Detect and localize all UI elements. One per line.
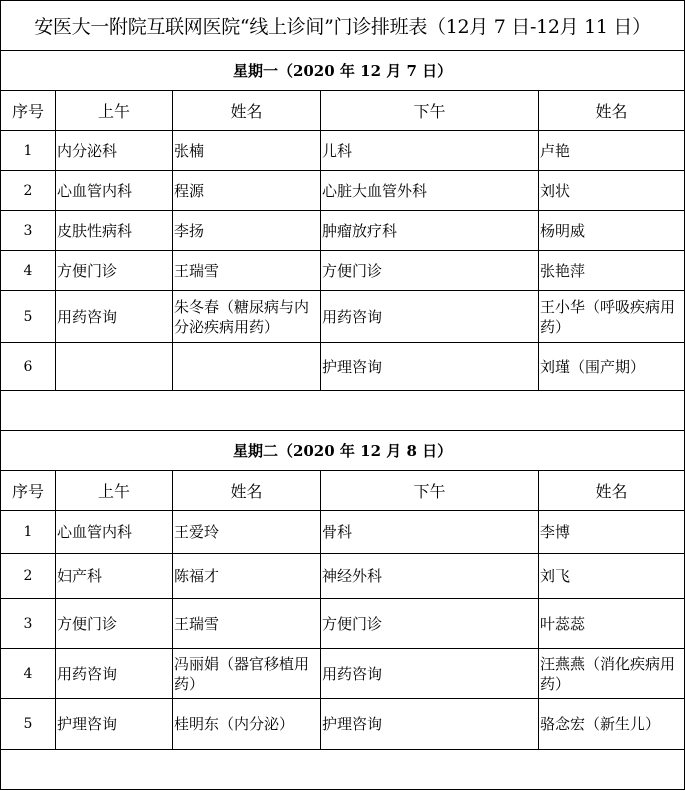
pm-doctor-cell: 骆念宏（新生儿）: [539, 699, 685, 750]
spacer-row: [1, 391, 685, 431]
col-seq-header: 序号: [1, 91, 56, 131]
table-row: 2 妇产科 陈福才 神经外科 刘飞: [1, 554, 685, 599]
am-dept-cell: 用药咨询: [56, 649, 173, 699]
pm-doctor-cell: 张艳萍: [539, 251, 685, 291]
am-dept-cell: [56, 343, 173, 391]
pm-dept-cell: 儿科: [321, 131, 539, 171]
am-doctor-cell: 陈福才: [173, 554, 321, 599]
pm-doctor-cell: 叶蕊蕊: [539, 599, 685, 649]
am-dept-cell: 皮肤性病科: [56, 211, 173, 251]
pm-dept-cell: 神经外科: [321, 554, 539, 599]
am-dept-cell: 方便门诊: [56, 599, 173, 649]
am-doctor-cell: 朱冬春（糖尿病与内分泌疾病用药）: [173, 291, 321, 343]
am-dept-cell: 妇产科: [56, 554, 173, 599]
seq-cell: 6: [1, 343, 56, 391]
seq-cell: 5: [1, 291, 56, 343]
table-row: 4 用药咨询 冯丽娟（器官移植用药） 用药咨询 汪燕燕（消化疾病用药）: [1, 649, 685, 699]
schedule-table: 安医大一附院互联网医院“线上诊间”门诊排班表（12月 7 日-12月 11 日）…: [0, 0, 685, 790]
col-seq-header: 序号: [1, 471, 56, 511]
col-pm-name-header: 姓名: [539, 471, 685, 511]
col-pm-name-header: 姓名: [539, 91, 685, 131]
seq-cell: 3: [1, 211, 56, 251]
table-row: 1 内分泌科 张楠 儿科 卢艳: [1, 131, 685, 171]
column-header-row: 序号 上午 姓名 下午 姓名: [1, 471, 685, 511]
table-row: 6 护理咨询 刘瑾（围产期）: [1, 343, 685, 391]
col-am-header: 上午: [56, 471, 173, 511]
col-pm-header: 下午: [321, 91, 539, 131]
table-row: 3 皮肤性病科 李扬 肿瘤放疗科 杨明威: [1, 211, 685, 251]
pm-dept-cell: 骨科: [321, 511, 539, 554]
page-title: 安医大一附院互联网医院“线上诊间”门诊排班表（12月 7 日-12月 11 日）: [1, 1, 685, 51]
empty-cell: [1, 750, 685, 790]
am-doctor-cell: 张楠: [173, 131, 321, 171]
col-am-header: 上午: [56, 91, 173, 131]
table-row: 3 方便门诊 王瑞雪 方便门诊 叶蕊蕊: [1, 599, 685, 649]
am-doctor-cell: 冯丽娟（器官移植用药）: [173, 649, 321, 699]
am-dept-cell: 用药咨询: [56, 291, 173, 343]
am-doctor-cell: 桂明东（内分泌）: [173, 699, 321, 750]
empty-cell: [1, 391, 685, 431]
am-dept-cell: 心血管内科: [56, 511, 173, 554]
pm-doctor-cell: 王小华（呼吸疾病用药）: [539, 291, 685, 343]
day-heading-monday: 星期一（2020 年 12 月 7 日）: [1, 51, 685, 91]
seq-cell: 2: [1, 171, 56, 211]
seq-cell: 1: [1, 131, 56, 171]
am-doctor-cell: 王爱玲: [173, 511, 321, 554]
pm-doctor-cell: 刘瑾（围产期）: [539, 343, 685, 391]
table-row: 5 护理咨询 桂明东（内分泌） 护理咨询 骆念宏（新生儿）: [1, 699, 685, 750]
am-doctor-cell: [173, 343, 321, 391]
pm-dept-cell: 护理咨询: [321, 699, 539, 750]
pm-doctor-cell: 卢艳: [539, 131, 685, 171]
spacer-row: [1, 750, 685, 790]
am-doctor-cell: 李扬: [173, 211, 321, 251]
seq-cell: 1: [1, 511, 56, 554]
pm-dept-cell: 心脏大血管外科: [321, 171, 539, 211]
pm-doctor-cell: 刘状: [539, 171, 685, 211]
seq-cell: 2: [1, 554, 56, 599]
column-header-row: 序号 上午 姓名 下午 姓名: [1, 91, 685, 131]
table-row: 5 用药咨询 朱冬春（糖尿病与内分泌疾病用药） 用药咨询 王小华（呼吸疾病用药）: [1, 291, 685, 343]
am-dept-cell: 心血管内科: [56, 171, 173, 211]
day-heading-tuesday: 星期二（2020 年 12 月 8 日）: [1, 431, 685, 471]
pm-dept-cell: 护理咨询: [321, 343, 539, 391]
table-row: 2 心血管内科 程源 心脏大血管外科 刘状: [1, 171, 685, 211]
table-row: 4 方便门诊 王瑞雪 方便门诊 张艳萍: [1, 251, 685, 291]
am-dept-cell: 护理咨询: [56, 699, 173, 750]
pm-dept-cell: 用药咨询: [321, 649, 539, 699]
pm-dept-cell: 肿瘤放疗科: [321, 211, 539, 251]
am-doctor-cell: 王瑞雪: [173, 599, 321, 649]
col-am-name-header: 姓名: [173, 91, 321, 131]
table-row: 1 心血管内科 王爱玲 骨科 李博: [1, 511, 685, 554]
am-doctor-cell: 程源: [173, 171, 321, 211]
pm-doctor-cell: 刘飞: [539, 554, 685, 599]
pm-dept-cell: 用药咨询: [321, 291, 539, 343]
pm-doctor-cell: 汪燕燕（消化疾病用药）: [539, 649, 685, 699]
col-am-name-header: 姓名: [173, 471, 321, 511]
am-dept-cell: 方便门诊: [56, 251, 173, 291]
pm-dept-cell: 方便门诊: [321, 251, 539, 291]
am-doctor-cell: 王瑞雪: [173, 251, 321, 291]
seq-cell: 4: [1, 251, 56, 291]
am-dept-cell: 内分泌科: [56, 131, 173, 171]
seq-cell: 5: [1, 699, 56, 750]
col-pm-header: 下午: [321, 471, 539, 511]
pm-doctor-cell: 杨明威: [539, 211, 685, 251]
pm-dept-cell: 方便门诊: [321, 599, 539, 649]
pm-doctor-cell: 李博: [539, 511, 685, 554]
seq-cell: 3: [1, 599, 56, 649]
seq-cell: 4: [1, 649, 56, 699]
